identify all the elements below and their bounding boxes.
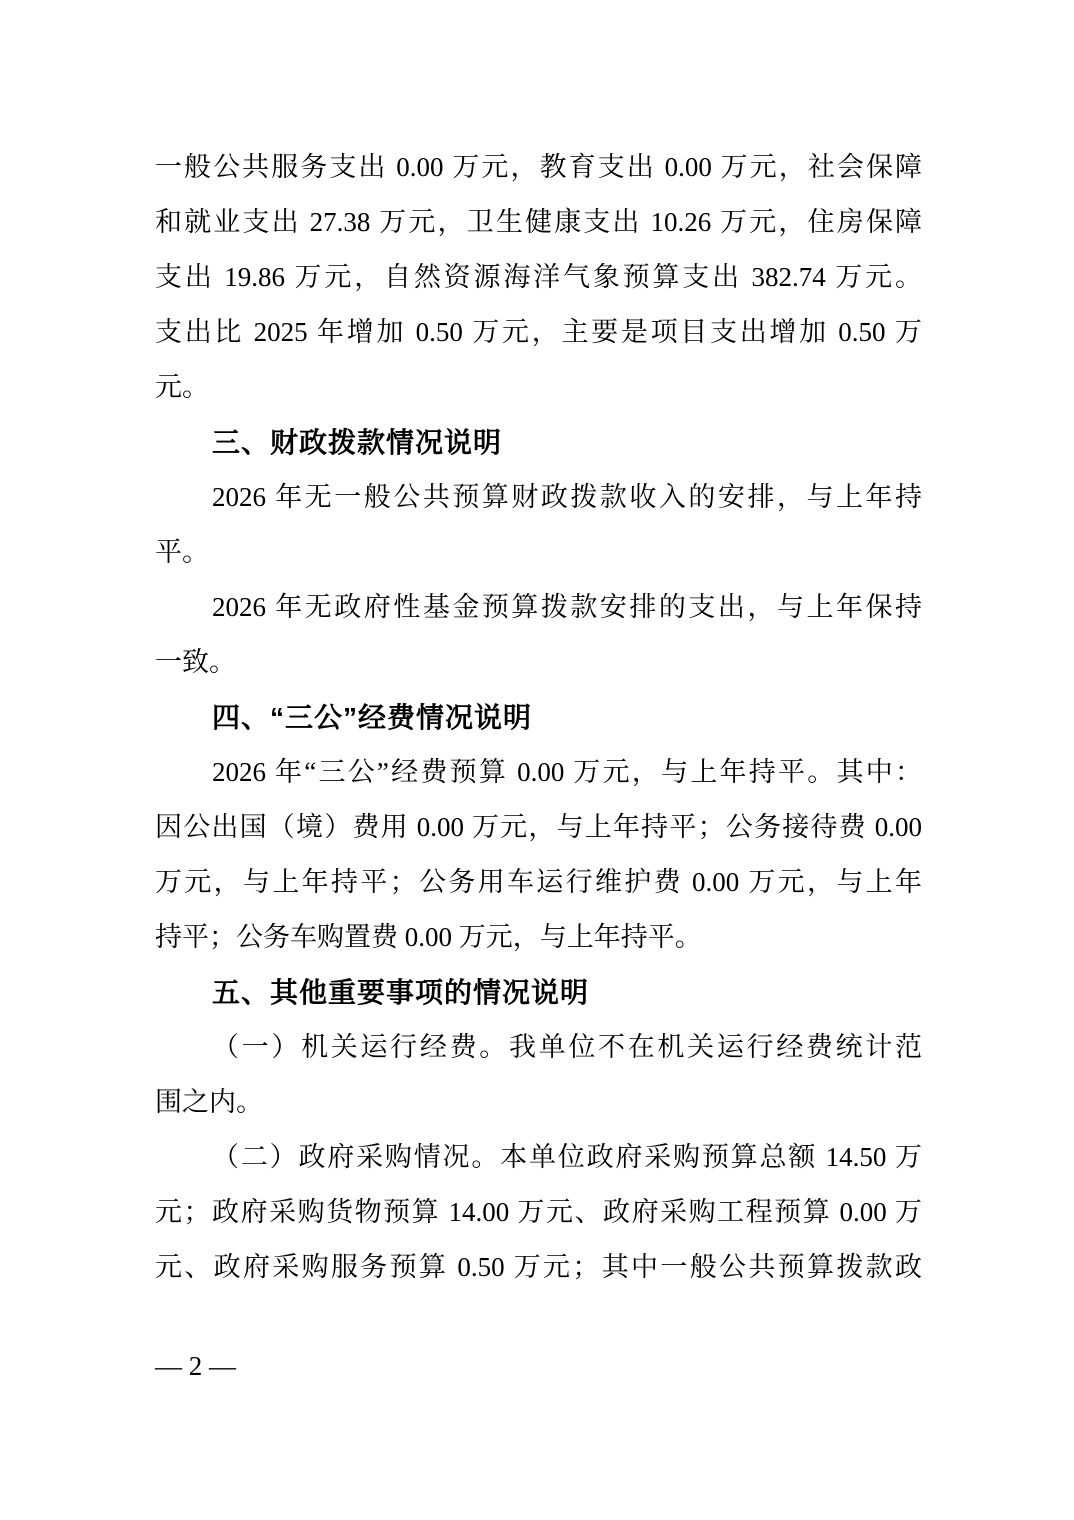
document-page: 一般公共服务支出 0.00 万元，教育支出 0.00 万元，社会保障和就业支出 … xyxy=(0,0,1074,1520)
body-line: 一致。 xyxy=(155,635,922,690)
body-line: 围之内。 xyxy=(155,1075,922,1130)
body-line: 平。 xyxy=(155,525,922,580)
body-line: （一）机关运行经费。我单位不在机关运行经费统计范 xyxy=(155,1020,922,1075)
body-line: 因公出国（境）费用 0.00 万元，与上年持平；公务接待费 0.00 xyxy=(155,800,922,855)
body-line: 万元，与上年持平；公务用车运行维护费 0.00 万元，与上年 xyxy=(155,855,922,910)
body-line: 支出 19.86 万元，自然资源海洋气象预算支出 382.74 万元。 xyxy=(155,250,922,305)
section-heading: 三、财政拨款情况说明 xyxy=(155,415,922,470)
document-content: 一般公共服务支出 0.00 万元，教育支出 0.00 万元，社会保障和就业支出 … xyxy=(155,140,922,1295)
section-heading: 四、“三公”经费情况说明 xyxy=(155,690,922,745)
page-number: — 2 — xyxy=(155,1348,236,1384)
body-line: （二）政府采购情况。本单位政府采购预算总额 14.50 万 xyxy=(155,1130,922,1185)
body-line: 2026 年无一般公共预算财政拨款收入的安排，与上年持 xyxy=(155,470,922,525)
body-line: 2026 年无政府性基金预算拨款安排的支出，与上年保持 xyxy=(155,580,922,635)
body-line: 持平；公务车购置费 0.00 万元，与上年持平。 xyxy=(155,910,922,965)
body-line: 元、政府采购服务预算 0.50 万元；其中一般公共预算拨款政 xyxy=(155,1240,922,1295)
body-line: 一般公共服务支出 0.00 万元，教育支出 0.00 万元，社会保障 xyxy=(155,140,922,195)
section-heading: 五、其他重要事项的情况说明 xyxy=(155,965,922,1020)
body-line: 2026 年“三公”经费预算 0.00 万元，与上年持平。其中： xyxy=(155,745,922,800)
body-line: 元；政府采购货物预算 14.00 万元、政府采购工程预算 0.00 万 xyxy=(155,1185,922,1240)
body-line: 元。 xyxy=(155,360,922,415)
body-line: 和就业支出 27.38 万元，卫生健康支出 10.26 万元，住房保障 xyxy=(155,195,922,250)
body-line: 支出比 2025 年增加 0.50 万元，主要是项目支出增加 0.50 万 xyxy=(155,305,922,360)
